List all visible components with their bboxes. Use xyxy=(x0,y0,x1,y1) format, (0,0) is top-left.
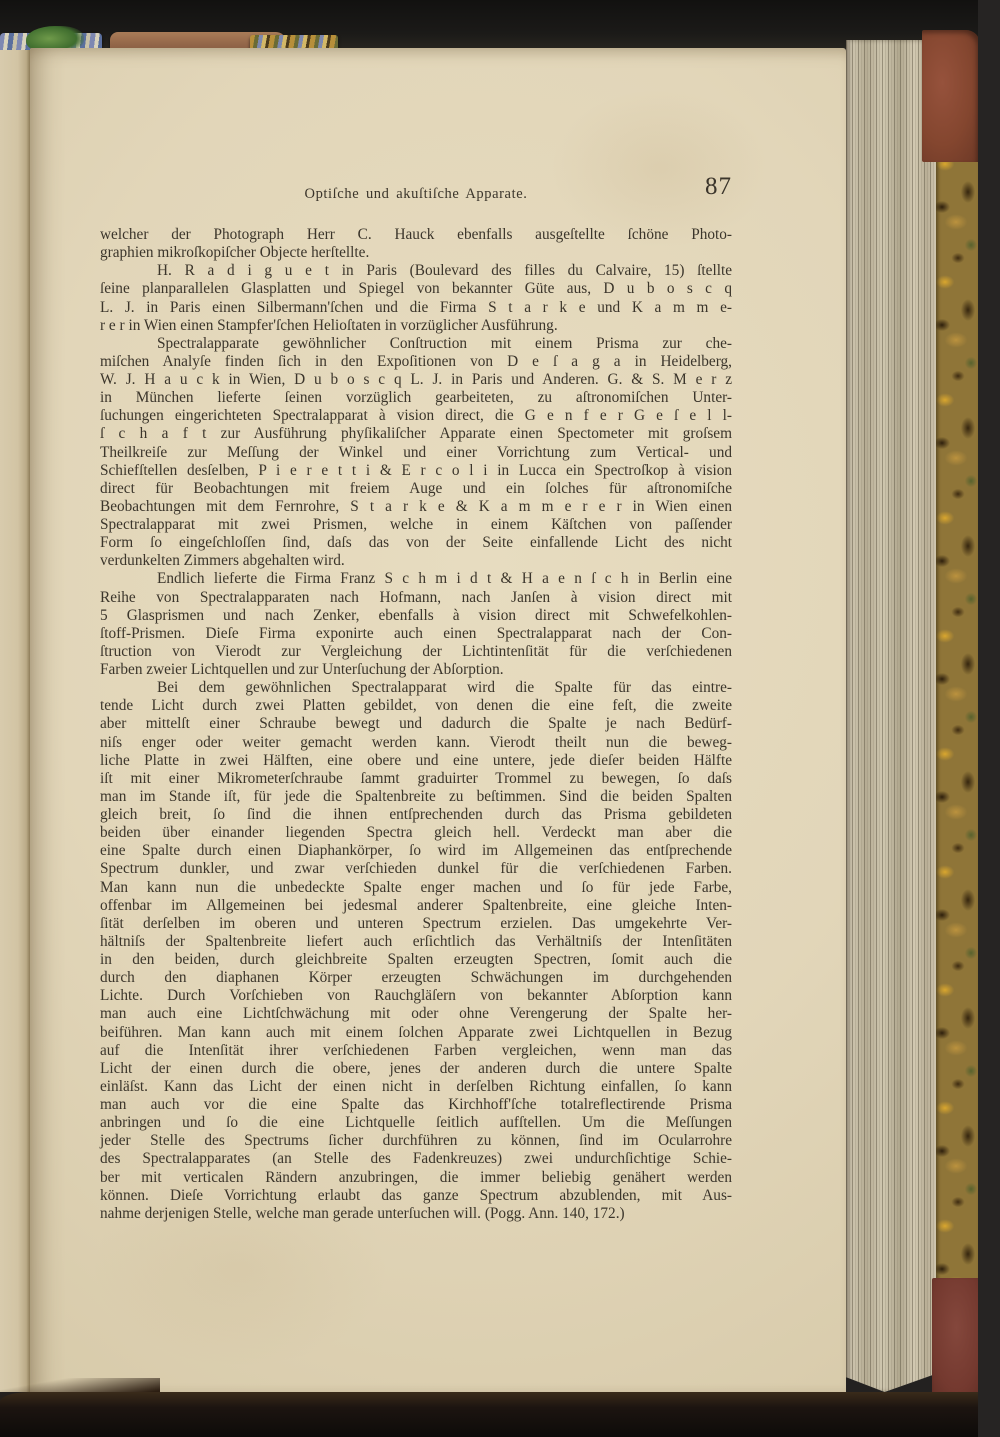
text-line: ſtruction von Vierodt zur Vergleichung d… xyxy=(100,643,732,661)
text-line: ber mit verticalen Rändern anzubringen, … xyxy=(100,1169,732,1187)
text-line: anbringen und ſo die eine Lichtquelle ſe… xyxy=(100,1114,732,1132)
text-line: beiden über einander liegenden Spectra g… xyxy=(100,824,732,842)
text-line: Man kann nun die unbedeckte Spalte enger… xyxy=(100,879,732,897)
text-line: direct für Beobachtungen mit freiem Auge… xyxy=(100,480,732,498)
text-line: Endlich lieferte die Firma Franz S c h m… xyxy=(100,570,732,588)
text-line: in den beiden, durch gleichbreite Spalte… xyxy=(100,951,732,969)
text-line: verdunkelten Zimmers abgehalten wird. xyxy=(100,552,732,570)
text-line: können. Dieſe Vorrichtung erlaubt das ga… xyxy=(100,1187,732,1205)
text-line: tende Licht durch zwei Platten gebildet,… xyxy=(100,697,732,715)
fore-edge-page-stack xyxy=(846,40,938,1392)
text-line: liche Platte in zwei Hälften, eine obere… xyxy=(100,752,732,770)
text-line: aber mittelſt einer Schraube bewegt und … xyxy=(100,715,732,733)
facing-page-sliver xyxy=(0,50,32,1392)
text-line: niſs enger oder weiter gemacht werden ka… xyxy=(100,734,732,752)
text-line: Form ſo eingeſchloſſen ſind, daſs das vo… xyxy=(100,534,732,552)
text-line: durch den diaphanen Körper erzeugten Sch… xyxy=(100,969,732,987)
text-line: auf die Intenſität ihrer verſchiedenen F… xyxy=(100,1042,732,1060)
text-line: ſtoff-Prismen. Dieſe Firma exponirte auc… xyxy=(100,625,732,643)
text-line: Theilkreiſe zur Meſſung der Winkel und e… xyxy=(100,444,732,462)
text-line: Beobachtungen mit dem Fernrohre, S t a r… xyxy=(100,498,732,516)
text-line: Schiefſtellen desſelben, P i e r e t t i… xyxy=(100,462,732,480)
text-line: graphien mikroſkopiſcher Objecte herſtel… xyxy=(100,244,732,262)
text-line: ſeine planparallelen Glasplatten und Spi… xyxy=(100,280,732,298)
text-line: nahme derjenigen Stelle, welche man gera… xyxy=(100,1205,732,1223)
text-line: W. J. H a u c k in Wien, D u b o s c q L… xyxy=(100,371,732,389)
text-line: iſt mit einer Mikrometerſchraube ſammt g… xyxy=(100,770,732,788)
text-line: jeder Stelle des Spectrums ſicher durchf… xyxy=(100,1132,732,1150)
text-line: man auch eine Lichtſchwächung mit oder o… xyxy=(100,1005,732,1023)
text-line: Spectrum dunkler, und zwar verſchieden d… xyxy=(100,860,732,878)
scan-background-bottom xyxy=(0,1392,1000,1437)
text-line: gleich breit, ſo ſind die ihnen entſprec… xyxy=(100,806,732,824)
text-line: ſ c h a f t zur Ausführung phyſikaliſche… xyxy=(100,425,732,443)
text-line: man auch vor die eine Spalte das Kirchho… xyxy=(100,1096,732,1114)
text-line: welcher der Photograph Herr C. Hauck ebe… xyxy=(100,226,732,244)
text-line: Reihe von Spectralapparaten nach Hofmann… xyxy=(100,589,732,607)
text-line: Farben zweier Lichtquellen und zur Unter… xyxy=(100,661,732,679)
scan-background-right xyxy=(978,0,1000,1437)
text-line: man im Stande iſt, für jede die Spaltenb… xyxy=(100,788,732,806)
text-line: beiführen. Man kann auch mit einem ſolch… xyxy=(100,1024,732,1042)
text-line: L. J. in Paris einen Silbermann'ſchen un… xyxy=(100,299,732,317)
scanned-book-page: Optiſche und akuſtiſche Apparate. 87 nah… xyxy=(0,0,1000,1437)
running-title: Optiſche und akuſtiſche Apparate. xyxy=(100,186,732,203)
text-line: Licht der einen durch die obere, jenes d… xyxy=(100,1060,732,1078)
text-line: offenbar im Allgemeinen bei jedesmal and… xyxy=(100,897,732,915)
text-line: r e r in Wien einen Stampfer'ſchen Helio… xyxy=(100,317,732,335)
text-line: miſchen Analyſe finden ſich in den Expoſ… xyxy=(100,353,732,371)
text-line: Spectralapparat mit zwei Prismen, welche… xyxy=(100,516,732,534)
text-line: eine Spalte durch einen Diaphankörper, ſ… xyxy=(100,842,732,860)
text-line: H. R a d i g u e t in Paris (Boulevard d… xyxy=(100,262,732,280)
text-line: 5 Glasprismen und nach Zenker, ebenfalls… xyxy=(100,607,732,625)
text-line: hältniſs der Spaltenbreite liefert auch … xyxy=(100,933,732,951)
text-line: Lichte. Durch Vorſchieben von Rauchgläſe… xyxy=(100,987,732,1005)
text-line: ſität derſelben im oberen und unteren Sp… xyxy=(100,915,732,933)
text-line: des Spectralapparates (an Stelle des Fad… xyxy=(100,1150,732,1168)
page-number: 87 xyxy=(656,173,732,201)
paper-stain xyxy=(550,88,770,248)
text-line: einläſst. Kann das Licht der einen nicht… xyxy=(100,1078,732,1096)
text-line: ſuchungen eingerichteten Spectralapparat… xyxy=(100,407,732,425)
text-block: nahme derjenigen Stelle, welche man gera… xyxy=(100,226,732,1223)
text-line: Spectralapparate gewöhnlicher Conſtructi… xyxy=(100,335,732,353)
text-line: Bei dem gewöhnlichen Spectralapparat wir… xyxy=(100,679,732,697)
leather-corner-top xyxy=(922,30,980,162)
marbled-cover-edge xyxy=(936,150,978,1282)
text-line: in München lieferte ſeinen vorzüglich ge… xyxy=(100,389,732,407)
